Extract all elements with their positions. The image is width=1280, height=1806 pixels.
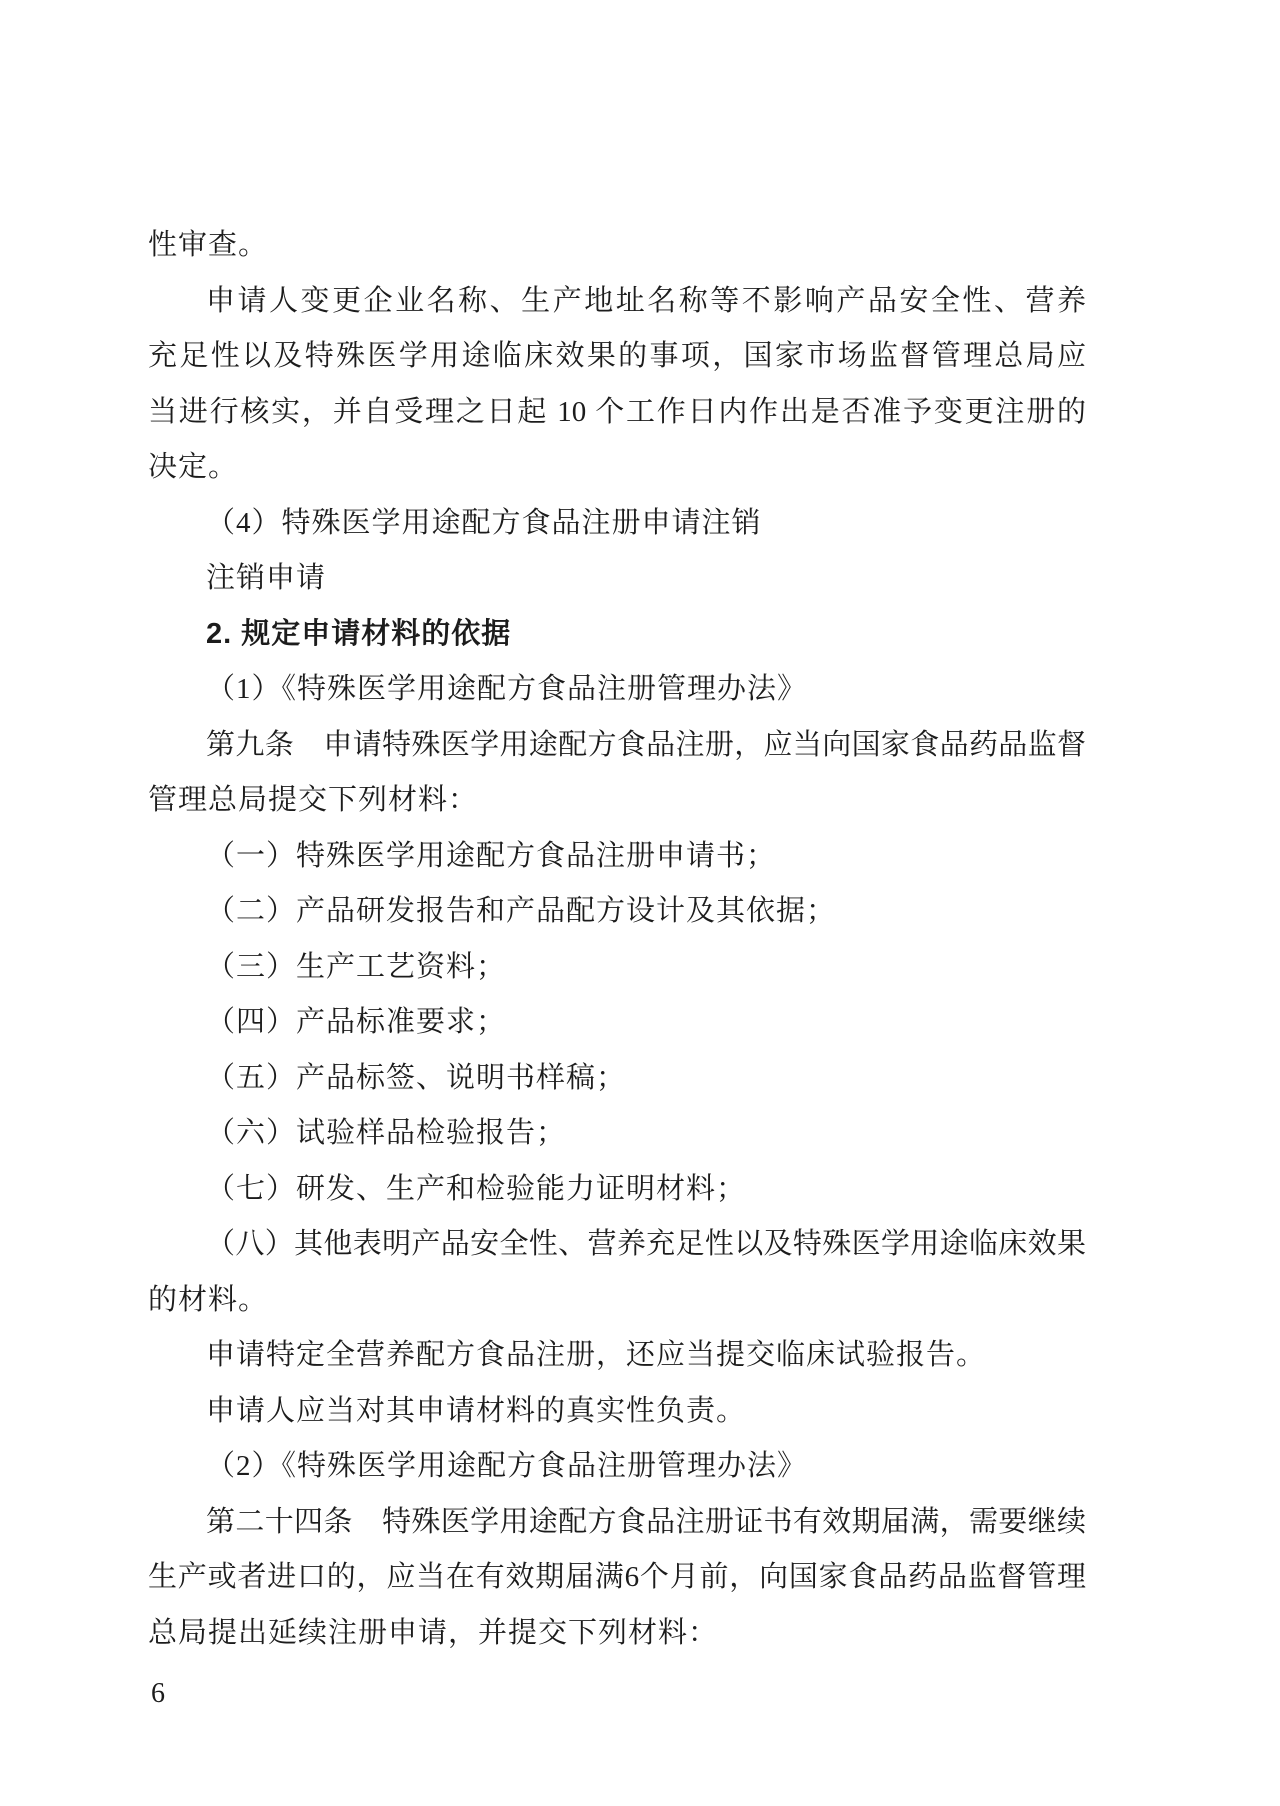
- text-line: （五）产品标签、说明书样稿；: [148, 1051, 1086, 1107]
- page-number: 6: [151, 1676, 165, 1712]
- text-line: 当进行核实，并自受理之日起 10 个工作日内作出是否准予变更注册的: [148, 385, 1086, 441]
- text-line: （四）产品标准要求；: [148, 995, 1086, 1051]
- text-line: 申请人应当对其申请材料的真实性负责。: [148, 1384, 1086, 1440]
- text-line: 申请特定全营养配方食品注册，还应当提交临床试验报告。: [148, 1328, 1086, 1384]
- text-line: 性审查。: [148, 218, 1086, 274]
- text-line: 充足性以及特殊医学用途临床效果的事项，国家市场监督管理总局应: [148, 329, 1086, 385]
- text-line: 总局提出延续注册申请，并提交下列材料：: [148, 1606, 1086, 1662]
- text-line: （七）研发、生产和检验能力证明材料；: [148, 1162, 1086, 1218]
- text-line: （三）生产工艺资料；: [148, 940, 1086, 996]
- text-line: （2）《特殊医学用途配方食品注册管理办法》: [148, 1439, 1086, 1495]
- text-line: 第二十四条 特殊医学用途配方食品注册证书有效期届满，需要继续: [148, 1495, 1086, 1551]
- text-line: 生产或者进口的，应当在有效期届满6个月前，向国家食品药品监督管理: [148, 1550, 1086, 1606]
- text-line: 的材料。: [148, 1273, 1086, 1329]
- document-body: 性审查。申请人变更企业名称、生产地址名称等不影响产品安全性、营养充足性以及特殊医…: [148, 218, 1086, 1661]
- text-line: （4）特殊医学用途配方食品注册申请注销: [148, 496, 1086, 552]
- text-line: 管理总局提交下列材料：: [148, 773, 1086, 829]
- text-line: （1）《特殊医学用途配方食品注册管理办法》: [148, 662, 1086, 718]
- text-line: （一）特殊医学用途配方食品注册申请书；: [148, 829, 1086, 885]
- text-line: （二）产品研发报告和产品配方设计及其依据；: [148, 884, 1086, 940]
- text-line: 第九条 申请特殊医学用途配方食品注册，应当向国家食品药品监督: [148, 718, 1086, 774]
- text-line: 2. 规定申请材料的依据: [148, 607, 1086, 663]
- text-line: 注销申请: [148, 551, 1086, 607]
- document-page: 性审查。申请人变更企业名称、生产地址名称等不影响产品安全性、营养充足性以及特殊医…: [0, 0, 1280, 1806]
- text-line: （八）其他表明产品安全性、营养充足性以及特殊医学用途临床效果: [148, 1217, 1086, 1273]
- text-line: 申请人变更企业名称、生产地址名称等不影响产品安全性、营养: [148, 274, 1086, 330]
- text-line: 决定。: [148, 440, 1086, 496]
- text-line: （六）试验样品检验报告；: [148, 1106, 1086, 1162]
